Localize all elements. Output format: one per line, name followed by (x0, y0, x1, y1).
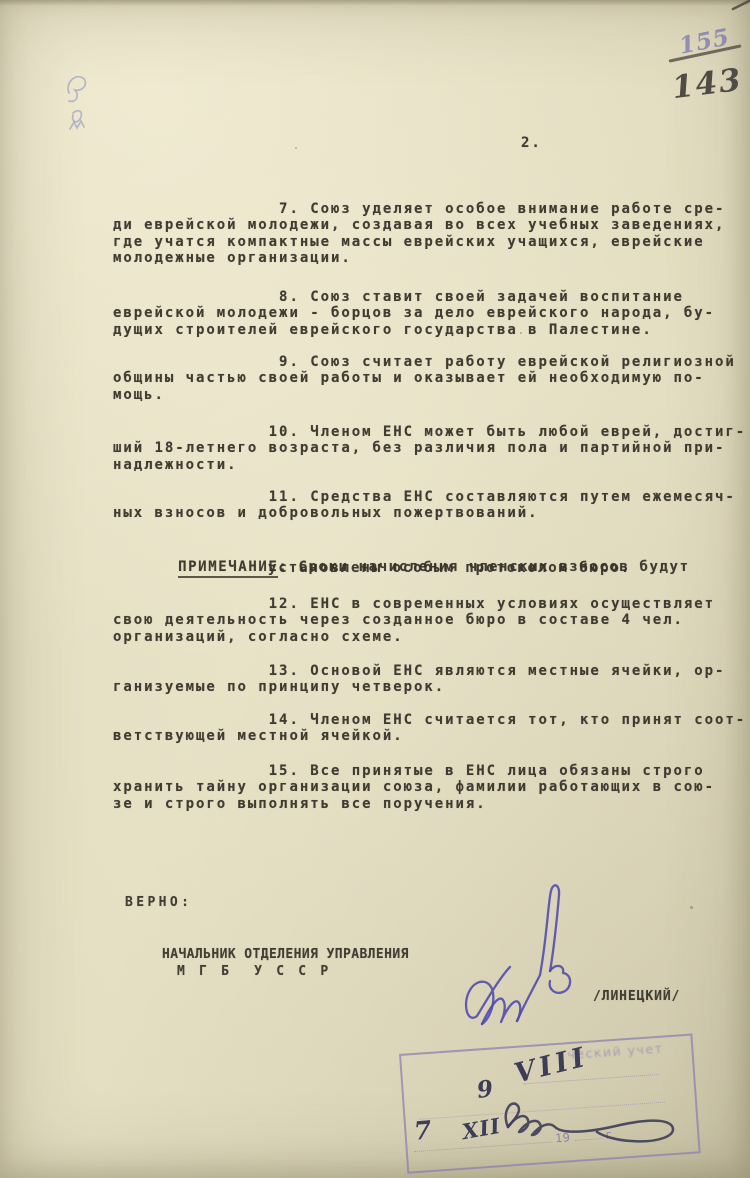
scanned-document-page: 155 143 2. 7. Союз уделяет особое вниман… (0, 0, 750, 1178)
paper-speck (655, 492, 657, 494)
paragraph-7: 7. Союз уделяет особое внимание работе с… (113, 201, 725, 267)
signed-name: /ЛИНЕЦКИЙ/ (593, 989, 680, 1004)
paragraph-11: 11. Средства ЕНС составляются путем ежем… (113, 489, 736, 522)
pencil-scribble-icon (55, 65, 105, 135)
paper-speck (658, 234, 660, 236)
paragraph-15: 15. Все принятые в ЕНС лица обязаны стро… (113, 763, 715, 812)
officer-title: НАЧАЛЬНИК ОТДЕЛЕНИЯ УПРАВЛЕНИЯ (162, 947, 409, 962)
paragraph-14: 14. Членом ЕНС считается тот, кто принят… (113, 712, 746, 745)
paper-speck (690, 906, 693, 909)
paragraph-10: 10. Членом ЕНС может быть любой еврей, д… (113, 424, 746, 473)
paper-speck (295, 147, 297, 149)
paragraph-8: 8. Союз ставит своей задачей воспитание … (113, 289, 715, 338)
page-number: 2. (521, 135, 542, 151)
paper-speck (240, 688, 242, 690)
corner-mark-icon (725, 0, 750, 14)
verno-label: ВЕРНО: (125, 895, 192, 910)
paragraph-13: 13. Основой ЕНС являются местные ячейки,… (113, 663, 725, 696)
paper-speck (520, 332, 522, 334)
paragraph-12: 12. ЕНС в современных условиях осуществл… (113, 596, 715, 645)
stamp-signature-flourish (395, 1095, 705, 1165)
note-label: ПРИМЕЧАНИЕ (178, 559, 278, 578)
pencil-page-number: 143 (670, 62, 745, 106)
signature-ink (455, 875, 585, 1035)
paragraph-9: 9. Союз считает работу еврейской религио… (113, 354, 736, 403)
officer-unit: М Г Б У С С Р (177, 964, 331, 979)
note-line-2: установлены особым протоколом бюро. (268, 560, 631, 576)
